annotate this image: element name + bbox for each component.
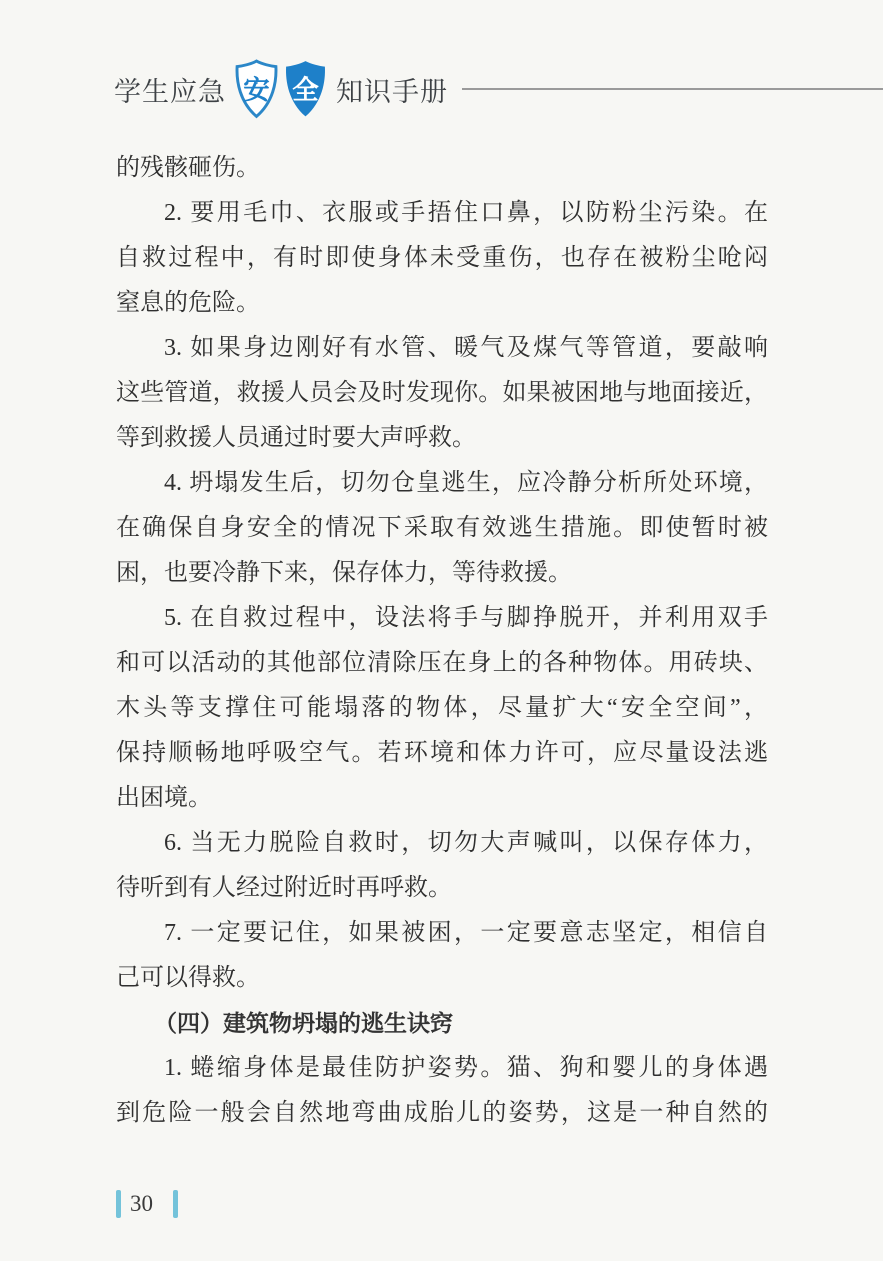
text-line: 保持顺畅地呼吸空气。若环境和体力许可，应尽量设法逃 — [116, 731, 768, 776]
text-line: 和可以活动的其他部位清除压在身上的各种物体。用砖块、 — [116, 641, 768, 686]
page-header: 学生应急 安 全 知识手册 — [114, 56, 883, 122]
svg-text:安: 安 — [243, 75, 270, 105]
text-line: 7. 一定要记住，如果被困，一定要意志坚定，相信自 — [116, 911, 768, 956]
text-line: 这些管道，救援人员会及时发现你。如果被困地与地面接近， — [116, 371, 768, 416]
text-line: 4. 坍塌发生后，切勿仓皇逃生，应冷静分析所处环境， — [116, 461, 768, 506]
shield-an-icon: 安 — [233, 58, 280, 120]
text-line: 到危险一般会自然地弯曲成胎儿的姿势，这是一种自然的 — [116, 1091, 768, 1136]
body-text: 的残骸砸伤。2. 要用毛巾、衣服或手捂住口鼻，以防粉尘污染。在自救过程中，有时即… — [116, 146, 768, 1136]
text-line: 3. 如果身边刚好有水管、暖气及煤气等管道，要敲响 — [116, 326, 768, 371]
section-heading: （四）建筑物坍塌的逃生诀窍 — [116, 1001, 768, 1046]
text-line: 等到救援人员通过时要大声呼救。 — [116, 416, 768, 461]
text-line: 2. 要用毛巾、衣服或手捂住口鼻，以防粉尘污染。在 — [116, 191, 768, 236]
page-bar-left-icon — [116, 1190, 121, 1218]
text-line: 1. 蜷缩身体是最佳防护姿势。猫、狗和婴儿的身体遇 — [116, 1046, 768, 1091]
header-rule — [462, 88, 883, 90]
header-title-left: 学生应急 — [114, 70, 226, 109]
text-line: 己可以得救。 — [116, 956, 768, 1001]
text-line: 6. 当无力脱险自救时，切勿大声喊叫，以保存体力， — [116, 821, 768, 866]
text-line: 的残骸砸伤。 — [116, 146, 768, 191]
shield-quan-icon: 全 — [282, 58, 329, 120]
text-line: 自救过程中，有时即使身体未受重伤，也存在被粉尘呛闷 — [116, 236, 768, 281]
text-line: 5. 在自救过程中，设法将手与脚挣脱开，并利用双手 — [116, 596, 768, 641]
manual-page: 学生应急 安 全 知识手册 的残骸砸伤。2. 要用毛巾、衣服或手捂住口鼻，以防粉… — [0, 0, 883, 1261]
text-line: 木头等支撑住可能塌落的物体，尽量扩大“安全空间”， — [116, 686, 768, 731]
text-line: 窒息的危险。 — [116, 281, 768, 326]
text-line: 出困境。 — [116, 776, 768, 821]
svg-text:全: 全 — [292, 75, 319, 105]
header-title-right: 知识手册 — [336, 70, 448, 109]
page-bar-right-icon — [173, 1190, 178, 1218]
text-line: 待听到有人经过附近时再呼救。 — [116, 866, 768, 911]
page-number: 30 — [130, 1191, 153, 1217]
text-line: 困，也要冷静下来，保存体力，等待救援。 — [116, 551, 768, 596]
page-footer: 30 — [116, 1189, 178, 1219]
text-line: 在确保自身安全的情况下采取有效逃生措施。即使暂时被 — [116, 506, 768, 551]
